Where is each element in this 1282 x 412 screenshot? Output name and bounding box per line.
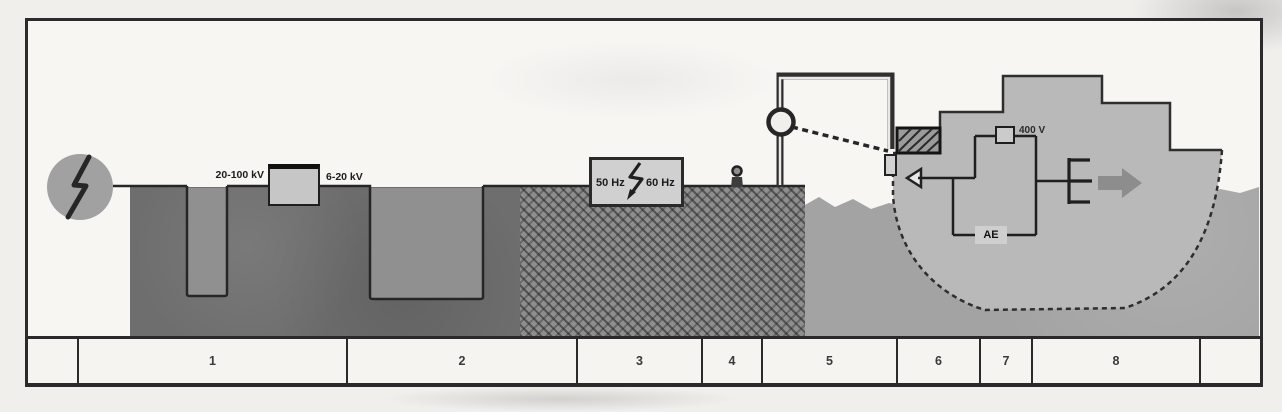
aux-engine-box: AE xyxy=(975,226,1007,244)
stage-number-strip: 1 2 3 4 5 6 7 8 xyxy=(25,336,1263,386)
frequency-input-label: 50 Hz xyxy=(596,177,625,189)
secondary-voltage-label: 6-20 kV xyxy=(326,171,363,183)
stage-cell-7: 7 xyxy=(981,339,1033,383)
stage-cell-4: 4 xyxy=(703,339,763,383)
frequency-output-label: 60 Hz xyxy=(646,177,675,189)
primary-voltage-label: 20-100 kV xyxy=(210,169,264,181)
stage-cell-2: 2 xyxy=(348,339,578,383)
frequency-bolt-icon xyxy=(630,163,642,194)
stage-cell-3: 3 xyxy=(578,339,703,383)
ship-transformer-box xyxy=(995,126,1015,144)
stage-cell-0 xyxy=(28,339,79,383)
ship-voltage-label: 400 V xyxy=(1019,125,1045,136)
stage-cell-9 xyxy=(1201,339,1260,383)
shore-power-diagram: AE 20-100 kV 6-20 kV 50 Hz 60 Hz 400 V 1… xyxy=(0,0,1282,412)
stage-cell-1: 1 xyxy=(79,339,348,383)
stage-cell-5: 5 xyxy=(763,339,898,383)
stage-cell-6: 6 xyxy=(898,339,981,383)
stage-cell-8: 8 xyxy=(1033,339,1201,383)
